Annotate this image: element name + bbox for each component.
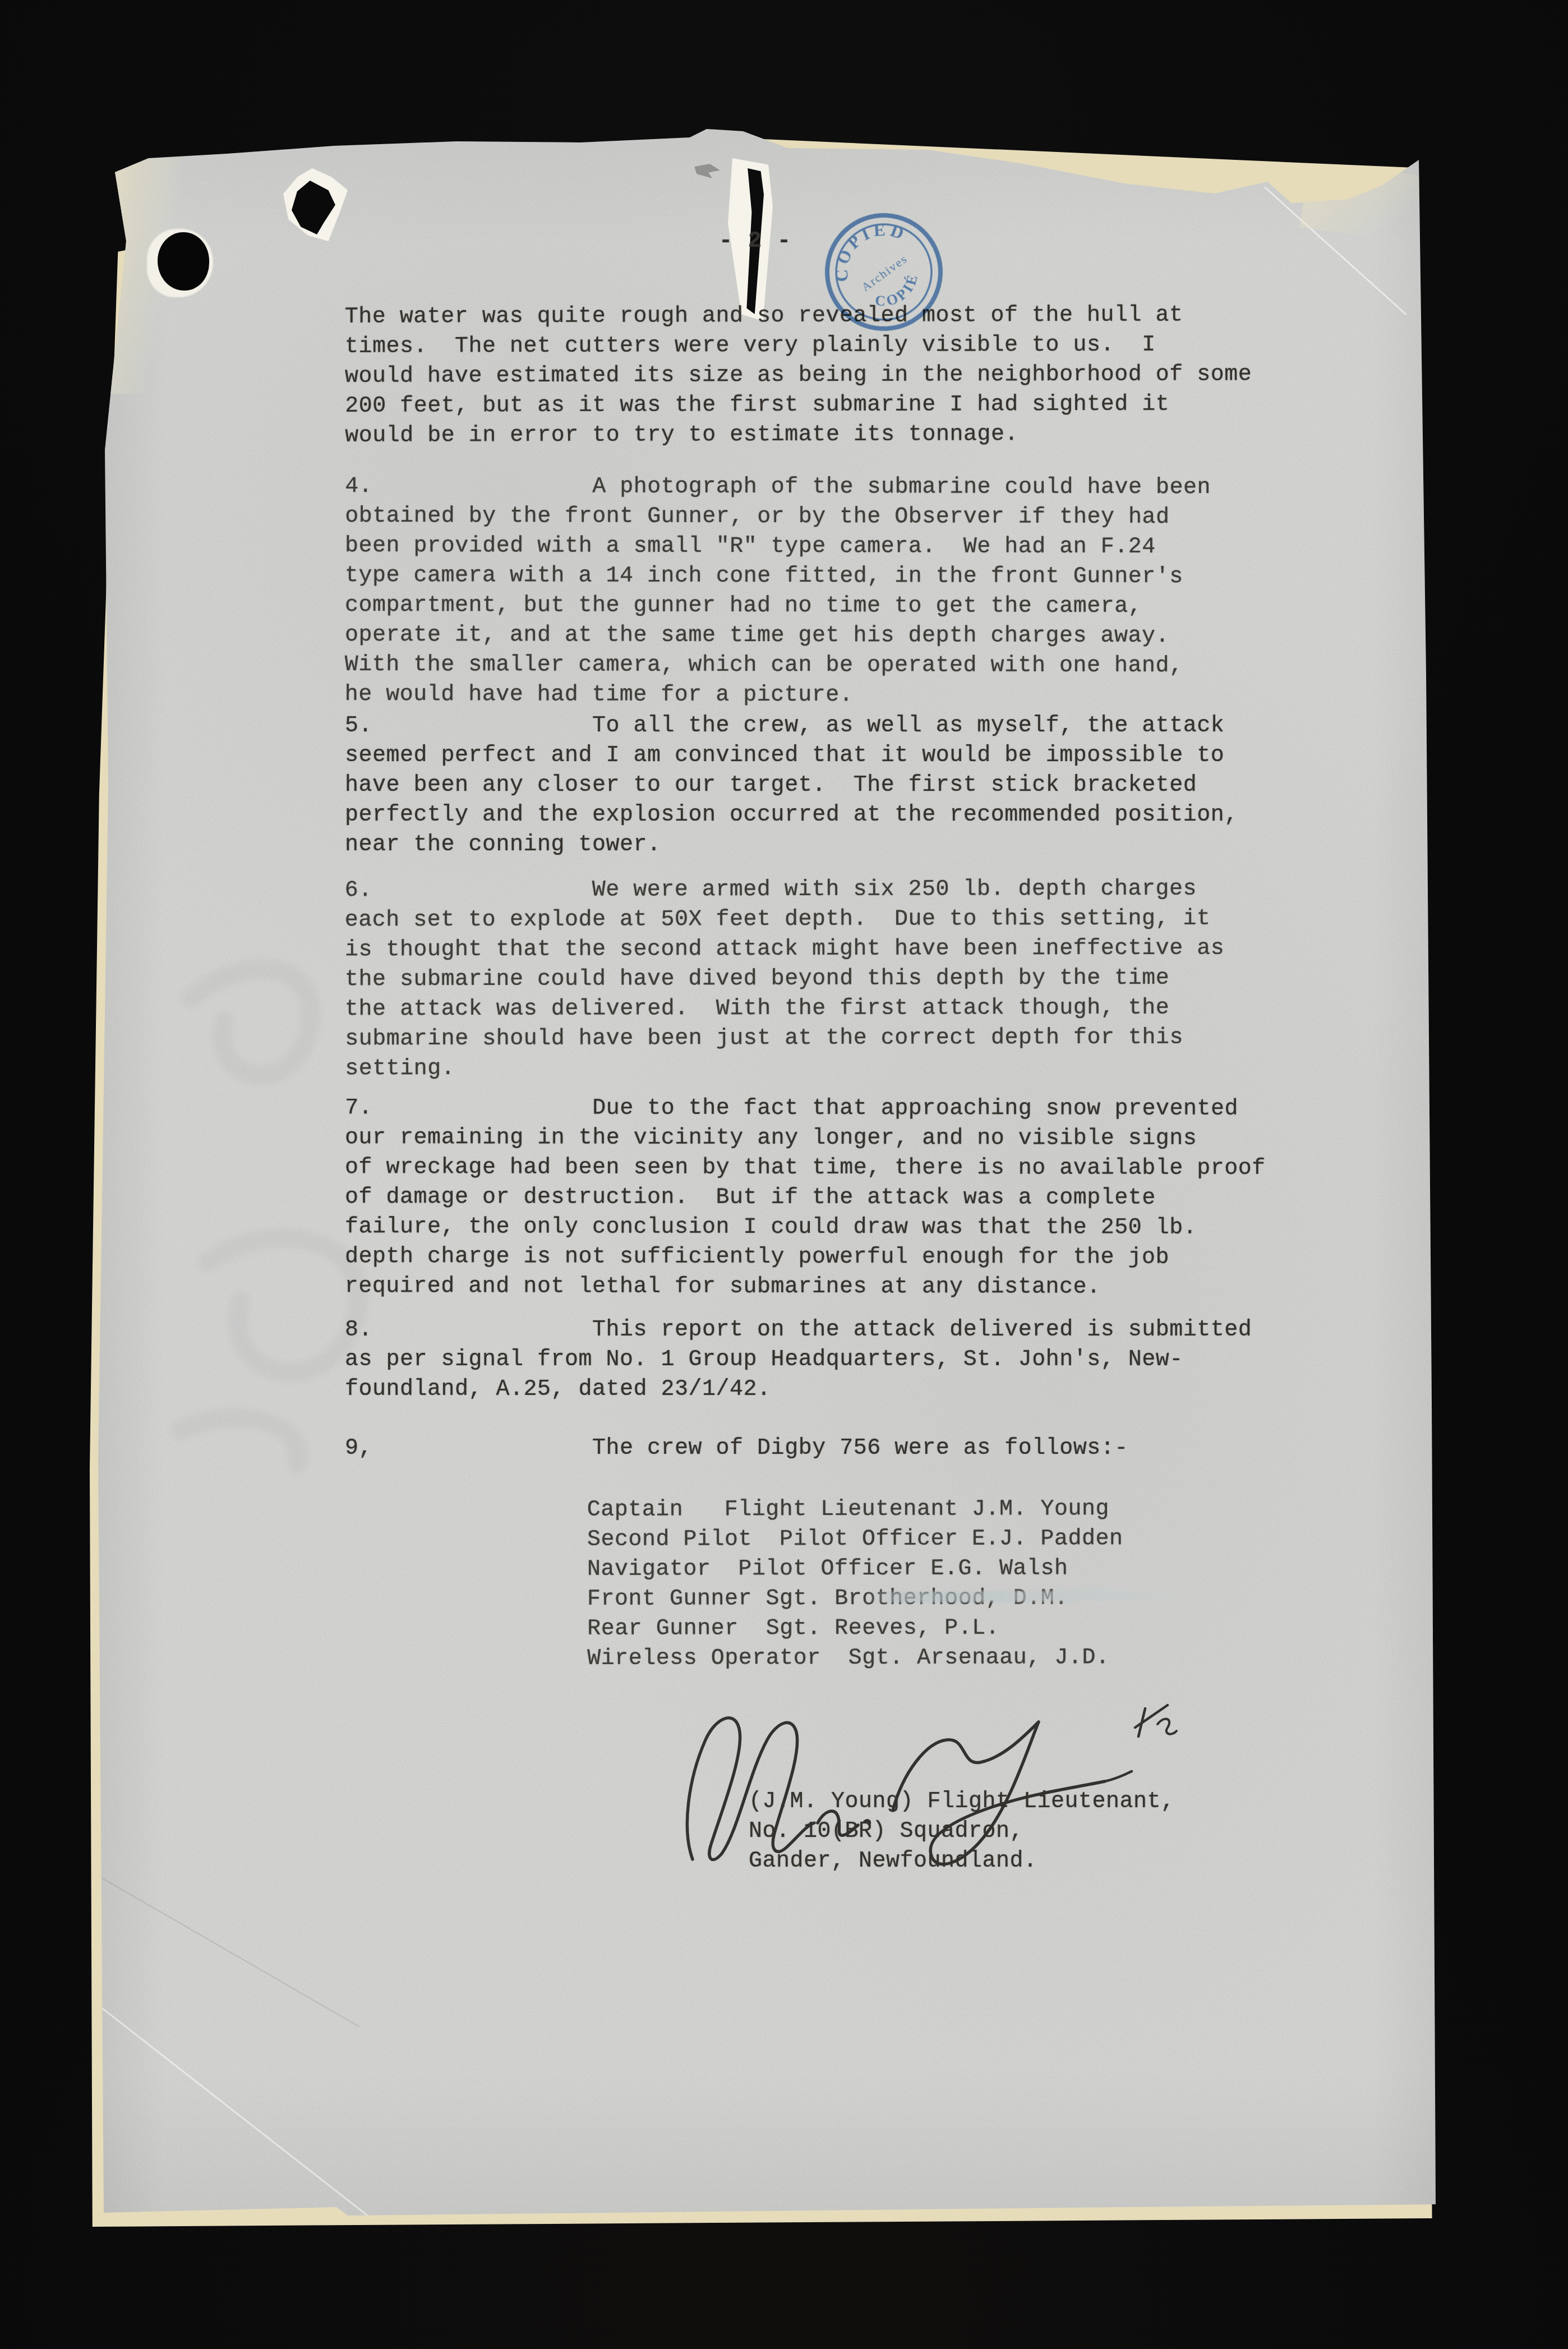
paragraph-continuation: The water was quite rough and so reveale… — [345, 300, 1252, 450]
crew-list: Captain Flight Lieutenant J.M. Young Sec… — [587, 1494, 1123, 1674]
crease-bottom-left — [75, 1987, 385, 2230]
punch-hole — [158, 232, 209, 291]
paragraph-6: 6. We were armed with six 250 lb. depth … — [345, 874, 1225, 1084]
paragraph-8: 8. This report on the attack delivered i… — [345, 1315, 1252, 1404]
crease-bottom-left-2 — [87, 1869, 359, 2027]
paragraph-5: 5. To all the crew, as well as myself, t… — [345, 711, 1238, 860]
paragraph-4: 4. A photograph of the submarine could h… — [345, 472, 1211, 711]
smudge-mark — [864, 1590, 1186, 1603]
scanned-document-page: - 2 - The water was quite rough and so r… — [0, 0, 1568, 2349]
archives-stamp: COPIED COPIÉ Archives — [810, 197, 957, 347]
crease-top-right — [1264, 186, 1407, 315]
paragraph-9: 9, The crew of Digby 756 were as follows… — [345, 1434, 1128, 1463]
paragraph-7: 7. Due to the fact that approaching snow… — [345, 1093, 1266, 1302]
page-number: - 2 - — [719, 227, 792, 256]
signature-typed-block: (J.M. Young) Flight Lieutenant, No. 10(B… — [749, 1787, 1175, 1876]
